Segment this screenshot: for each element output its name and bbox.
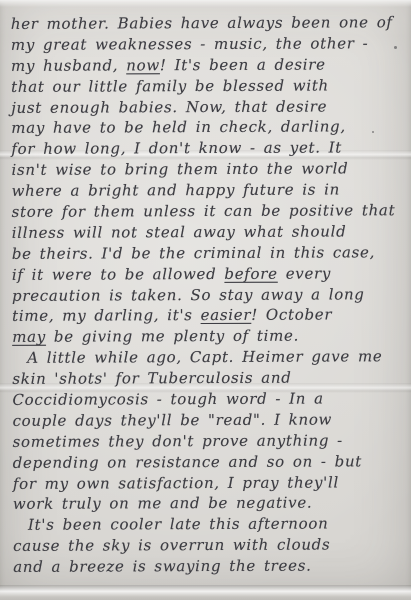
letter-line: if it were to be allowed before every	[12, 263, 406, 286]
letter-text-segment: and a breeze is swaying the trees.	[13, 557, 311, 576]
letter-text-segment: couple days they'll be "read". I know	[13, 410, 333, 429]
letter-line: just enough babies. Now, that desire	[11, 96, 405, 119]
letter-text-segment: may have to be held in check, darling,	[11, 118, 346, 137]
underlined-word: easier	[201, 306, 252, 324]
letter-text-segment: skin 'shots' for Tuberculosis and	[12, 369, 291, 388]
paper-speck	[372, 131, 374, 133]
letter-text-segment: A little while ago, Capt. Heimer gave me	[27, 347, 382, 367]
letter-text-segment: isn't wise to bring them into the world	[11, 160, 348, 179]
letter-text-segment: time, my darling, it's	[12, 307, 201, 326]
letter-line: be theirs. I'd be the criminal in this c…	[12, 242, 406, 265]
letter-text-segment: be theirs. I'd be the criminal in this c…	[12, 243, 375, 263]
letter-line: isn't wise to bring them into the world	[11, 158, 405, 181]
letter-line: for my own satisfaction, I pray they'll	[13, 472, 407, 495]
underlined-word: may	[12, 328, 46, 346]
letter-line: illness will not steal away what should	[12, 221, 406, 244]
letter-text-segment: precaution is taken. So stay away a long	[12, 285, 365, 305]
letter-text-segment: illness will not steal away what should	[12, 222, 347, 241]
letter-text-segment: sometimes they don't prove anything -	[13, 431, 343, 450]
letter-text-segment: store for them unless it can be positive…	[12, 201, 396, 221]
letter-text-segment: ! October	[251, 306, 332, 324]
letter-text-segment: my great weaknesses - music, the other -	[11, 34, 369, 54]
letter-line: cause the sky is overrun with clouds	[13, 534, 407, 557]
letter-line: It's been cooler late this afternoon	[13, 514, 407, 537]
letter-line: couple days they'll be "read". I know	[13, 409, 407, 432]
letter-line: Coccidiomycosis - tough word - In a	[12, 388, 406, 411]
letter-line: her mother. Babies have always been one …	[11, 12, 405, 35]
letter-line: depending on resistance and so on - but	[13, 451, 407, 474]
letter-line: precaution is taken. So stay away a long	[12, 284, 406, 307]
letter-line: store for them unless it can be positive…	[12, 200, 406, 223]
letter-text-segment: cause the sky is overrun with clouds	[13, 536, 330, 555]
letter-line: my husband, now! It's been a desire	[11, 54, 405, 77]
paper-bottom-edge	[0, 585, 411, 600]
letter-line: for how long, I don't know - as yet. It	[11, 137, 405, 160]
letter-line: may be giving me plenty of time.	[12, 325, 406, 348]
letter-text-segment: ! It's been a desire	[160, 55, 326, 74]
letter-line: skin 'shots' for Tuberculosis and	[12, 367, 406, 390]
letter-text-segment: every	[278, 264, 331, 282]
letter-text-segment: that our little family be blessed with	[11, 76, 329, 95]
letter-line: where a bright and happy future is in	[12, 179, 406, 202]
letter-text-segment: be giving me plenty of time.	[46, 327, 299, 346]
letter-body: her mother. Babies have always been one …	[11, 12, 407, 578]
letter-text-segment: if it were to be allowed	[12, 265, 225, 284]
letter-text-segment: work truly on me and be negative.	[13, 494, 313, 513]
letter-line: time, my darling, it's easier! October	[12, 305, 406, 328]
letter-line: and a breeze is swaying the trees.	[13, 555, 407, 578]
letter-text-segment: my husband,	[11, 56, 126, 75]
letter-text-segment: her mother. Babies have always been one …	[11, 13, 393, 33]
letter-text-segment: for my own satisfaction, I pray they'll	[13, 473, 339, 492]
underlined-word: now	[126, 56, 160, 74]
paper-speck	[394, 46, 397, 49]
letter-line: A little while ago, Capt. Heimer gave me	[12, 346, 406, 369]
underlined-word: before	[224, 264, 277, 282]
letter-scan: her mother. Babies have always been one …	[0, 0, 411, 600]
letter-line: sometimes they don't prove anything -	[13, 430, 407, 453]
letter-text-segment: where a bright and happy future is in	[12, 181, 340, 200]
letter-text-segment: Coccidiomycosis - tough word - In a	[12, 390, 323, 409]
letter-text-segment: depending on resistance and so on - but	[13, 452, 362, 472]
letter-line: may have to be held in check, darling,	[11, 117, 405, 140]
paper-top-edge	[0, 0, 411, 7]
letter-text-segment: for how long, I don't know - as yet. It	[11, 139, 342, 158]
letter-line: that our little family be blessed with	[11, 75, 405, 98]
letter-line: my great weaknesses - music, the other -	[11, 33, 405, 56]
letter-text-segment: just enough babies. Now, that desire	[11, 97, 327, 116]
letter-text-segment: It's been cooler late this afternoon	[28, 515, 328, 534]
letter-line: work truly on me and be negative.	[13, 493, 407, 516]
